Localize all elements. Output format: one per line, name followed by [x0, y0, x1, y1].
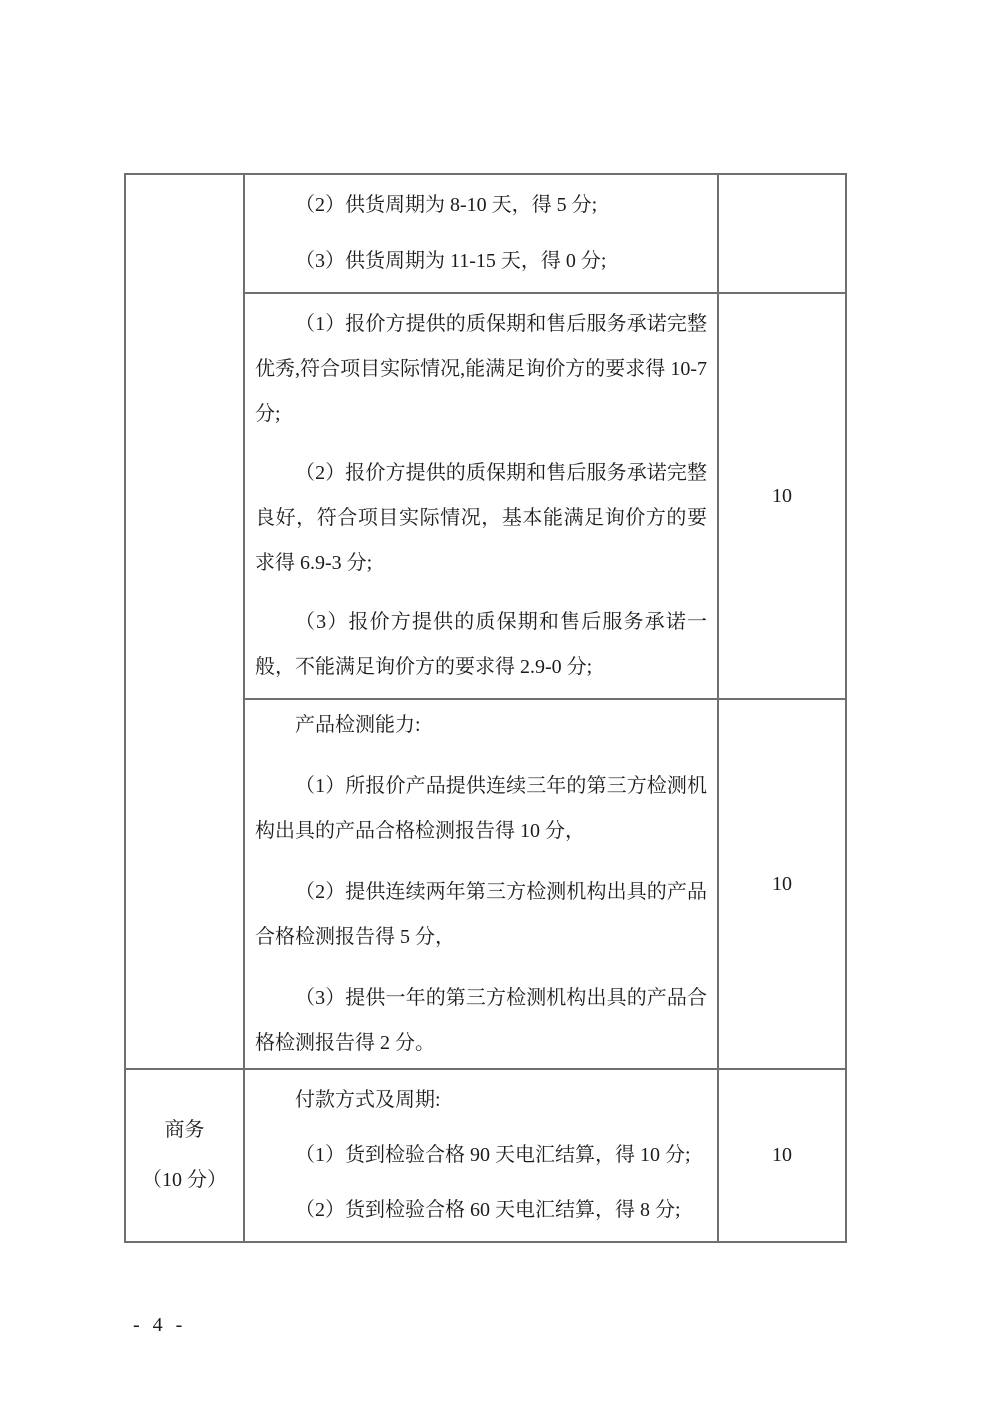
criteria-paragraph: （1）报价方提供的质保期和售后服务承诺完整优秀,符合项目实际情况,能满足询价方的…	[255, 302, 707, 437]
score-cell-warranty-service: 10	[719, 294, 845, 698]
criteria-paragraph: 产品检测能力:	[255, 703, 707, 748]
criteria-paragraph: （3）报价方提供的质保期和售后服务承诺一般，不能满足询价方的要求得 2.9-0 …	[255, 600, 707, 690]
criteria-paragraph: （1）货到检验合格 90 天电汇结算，得 10 分;	[255, 1133, 707, 1178]
score-cell-product-testing: 10	[719, 700, 845, 1068]
criteria-paragraph: （3）提供一年的第三方检测机构出具的产品合格检测报告得 2 分。	[255, 976, 707, 1066]
category-score-label: （10 分）	[142, 1158, 227, 1203]
category-label: 商务	[165, 1108, 205, 1153]
evaluation-criteria-table: （2）供货周期为 8-10 天，得 5 分; （3）供货周期为 11-15 天，…	[124, 173, 847, 1243]
score-cell-supply-period	[719, 175, 845, 292]
score-cell-payment-terms: 10	[719, 1070, 845, 1241]
category-cell-empty	[126, 175, 243, 1068]
criteria-paragraph: 付款方式及周期:	[255, 1078, 707, 1123]
criteria-paragraph: （1）所报价产品提供连续三年的第三方检测机构出具的产品合格检测报告得 10 分，	[255, 764, 707, 854]
page-number: - 4 -	[133, 1314, 186, 1337]
criteria-paragraph: （2）提供连续两年第三方检测机构出具的产品合格检测报告得 5 分，	[255, 870, 707, 960]
criteria-paragraph: （2）货到检验合格 60 天电汇结算，得 8 分;	[255, 1188, 707, 1233]
category-cell-business: 商务 （10 分）	[126, 1070, 243, 1241]
criteria-cell-payment-terms: 付款方式及周期: （1）货到检验合格 90 天电汇结算，得 10 分; （2）货…	[245, 1070, 717, 1241]
criteria-paragraph: （3）供货周期为 11-15 天，得 0 分;	[255, 239, 707, 284]
criteria-paragraph: （2）供货周期为 8-10 天，得 5 分;	[255, 183, 707, 228]
criteria-cell-supply-period: （2）供货周期为 8-10 天，得 5 分; （3）供货周期为 11-15 天，…	[245, 175, 717, 292]
criteria-paragraph: （2）报价方提供的质保期和售后服务承诺完整良好，符合项目实际情况，基本能满足询价…	[255, 451, 707, 586]
criteria-cell-product-testing: 产品检测能力: （1）所报价产品提供连续三年的第三方检测机构出具的产品合格检测报…	[245, 700, 717, 1068]
criteria-cell-warranty-service: （1）报价方提供的质保期和售后服务承诺完整优秀,符合项目实际情况,能满足询价方的…	[245, 294, 717, 698]
document-page: （2）供货周期为 8-10 天，得 5 分; （3）供货周期为 11-15 天，…	[0, 0, 1000, 1414]
